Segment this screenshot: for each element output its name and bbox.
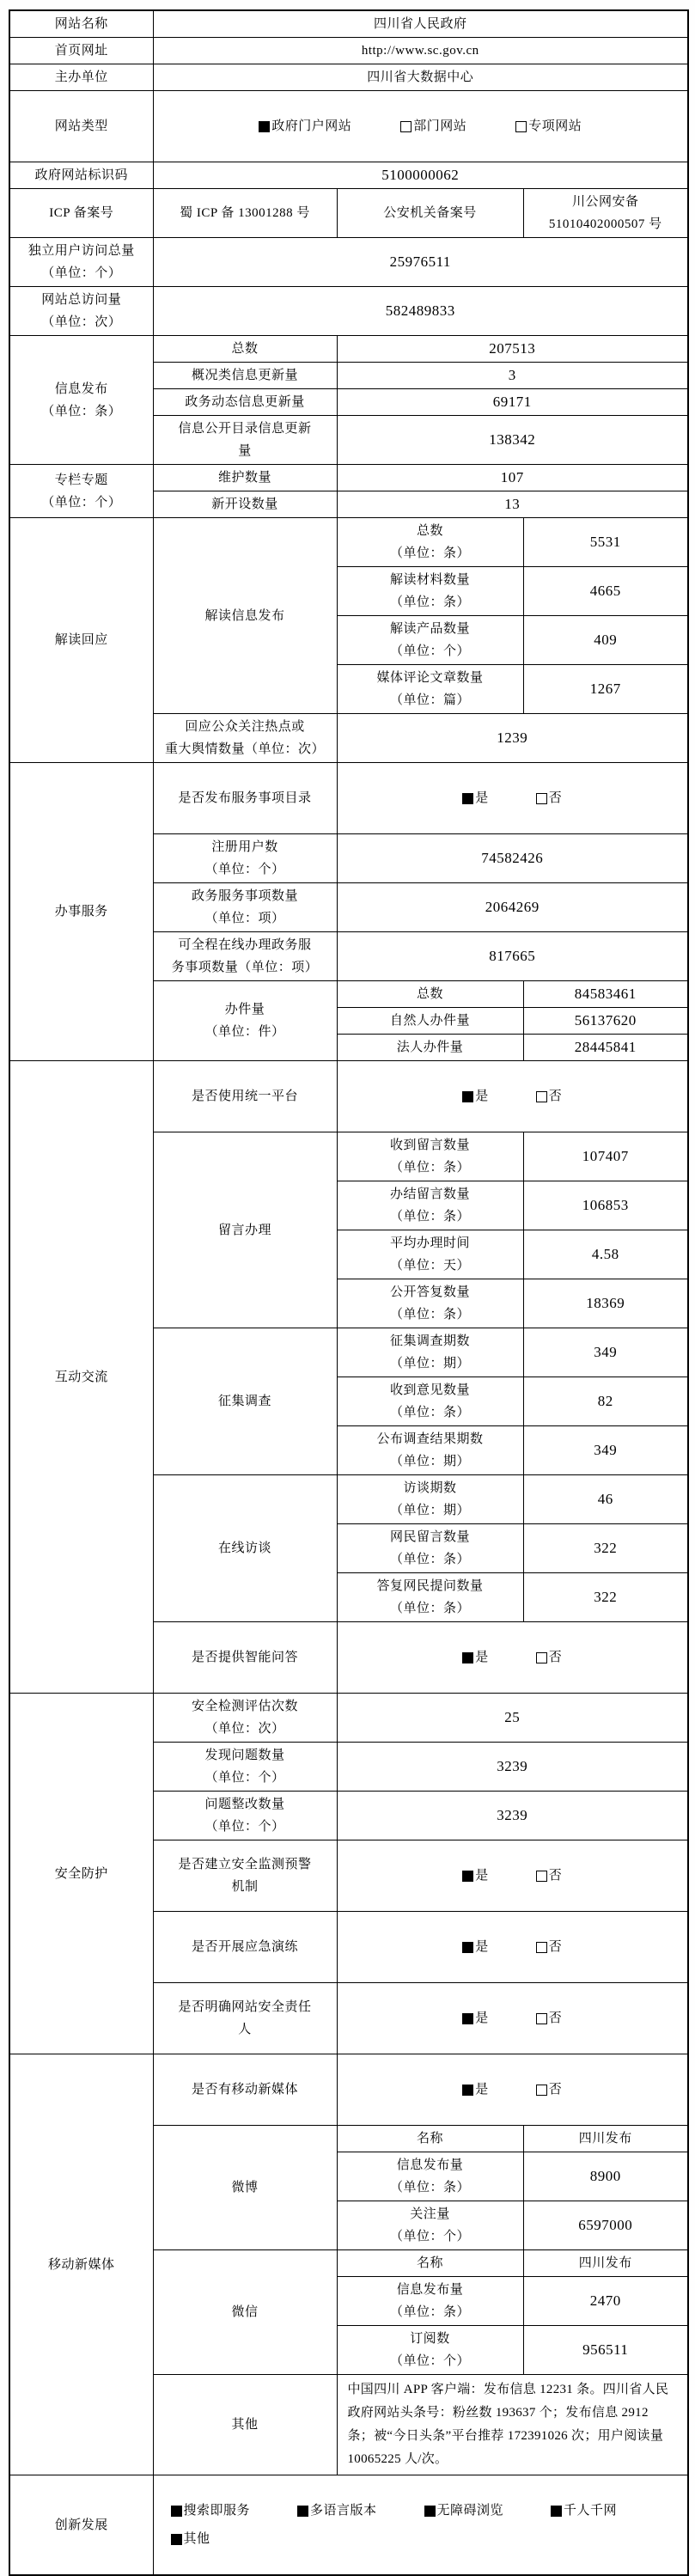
interact-platform-yes: 是: [462, 1085, 489, 1108]
security-officer-yes: 是: [462, 2007, 489, 2030]
mobile-other-label: 其他: [153, 2375, 337, 2475]
total-visits-label: 网站总访问量 （单位：次）: [9, 287, 153, 336]
department-option-label: 部门网站: [413, 115, 466, 137]
interpret-section-label: 解读回应: [9, 518, 153, 763]
security-fixed-label: 问题整改数量 （单位：个）: [153, 1792, 337, 1840]
yes-label: 是: [475, 1085, 489, 1108]
wechat-posts-label: 信息发布量 （单位：条）: [337, 2277, 523, 2326]
info-overview-label: 概况类信息更新量: [153, 363, 337, 389]
security-monitor-no: 否: [536, 1865, 563, 1887]
smartqa-label: 是否提供智能问答: [153, 1622, 337, 1694]
wechat-name-label: 名称: [337, 2250, 523, 2277]
wechat-name-value: 四川发布: [523, 2250, 688, 2277]
interpret-publish-label: 解读信息发布: [153, 518, 337, 714]
row-innovation: 创新发展 搜索即服务 多语言版本 无障碍浏览 千人千网 其他: [9, 2475, 688, 2576]
message-received-value: 107407: [523, 1132, 688, 1181]
volume-natural-value: 56137620: [523, 1008, 688, 1035]
no-label: 否: [549, 1936, 563, 1958]
unique-visits-label: 独立用户访问总量 （单位：个）: [9, 238, 153, 287]
service-matters-value: 2064269: [337, 883, 688, 932]
security-monitor-yes-checkbox-icon: [462, 1871, 473, 1882]
row-mobile-has-yn: 移动新媒体 是否有移动新媒体 是 否: [9, 2054, 688, 2126]
home-url-value: http://www.sc.gov.cn: [153, 38, 688, 64]
no-label: 否: [549, 2007, 563, 2030]
message-received-label: 收到留言数量 （单位：条）: [337, 1132, 523, 1181]
smartqa-yes: 是: [462, 1646, 489, 1669]
no-label: 否: [549, 1865, 563, 1887]
service-registered-value: 74582426: [337, 834, 688, 883]
security-problems-value: 3239: [337, 1743, 688, 1792]
security-officer-no-checkbox-icon: [536, 2013, 547, 2024]
service-catalog-label: 是否发布服务事项目录: [153, 763, 337, 834]
service-catalog-yes: 是: [462, 787, 489, 809]
row-service-catalog-yn: 办事服务 是否发布服务事项目录 是 否: [9, 763, 688, 834]
row-site-name: 网站名称 四川省人民政府: [9, 10, 688, 38]
survey-periods-value: 349: [523, 1328, 688, 1377]
interpret-respond-value: 1239: [337, 714, 688, 763]
info-publish-section-label: 信息发布 （单位：条）: [9, 336, 153, 465]
interact-platform-label: 是否使用统一平台: [153, 1061, 337, 1132]
interview-replies-label: 答复网民提问数量 （单位：条）: [337, 1573, 523, 1622]
weibo-posts-label: 信息发布量 （单位：条）: [337, 2152, 523, 2201]
interview-periods-label: 访谈期数 （单位：期）: [337, 1475, 523, 1524]
interact-section-label: 互动交流: [9, 1061, 153, 1694]
mobile-other-value: 中国四川 APP 客户端：发布信息 12231 条。四川省人民政府网站头条号：粉…: [337, 2375, 688, 2475]
no-label: 否: [549, 1085, 563, 1108]
message-replied-value: 18369: [523, 1279, 688, 1328]
personalized-label: 千人千网: [564, 2500, 617, 2522]
special-option-label: 专项网站: [528, 115, 582, 137]
interact-platform-no: 否: [536, 1085, 563, 1108]
portal-checkbox-icon: [259, 121, 270, 132]
volume-legal-label: 法人办件量: [337, 1035, 523, 1061]
info-catalog-label: 信息公开目录信息更新 量: [153, 416, 337, 465]
security-drill-no-checkbox-icon: [536, 1942, 547, 1953]
service-online-label: 可全程在线办理政务服 务事项数量（单位：项）: [153, 932, 337, 981]
row-site-type: 网站类型 政府门户网站 部门网站 专项网站: [9, 91, 688, 162]
security-section-label: 安全防护: [9, 1694, 153, 2054]
innovation-other-checkbox-icon: [171, 2534, 182, 2545]
interpret-material-value: 4665: [523, 567, 688, 616]
interact-platform-yes-checkbox-icon: [462, 1091, 473, 1102]
search-service-label: 搜索即服务: [184, 2500, 251, 2522]
message-avgtime-value: 4.58: [523, 1230, 688, 1279]
icp-value: 蜀 ICP 备 13001288 号: [153, 189, 337, 238]
service-online-value: 817665: [337, 932, 688, 981]
site-code-label: 政府网站标识码: [9, 162, 153, 189]
volume-total-label: 总数: [337, 981, 523, 1008]
interact-platform-no-checkbox-icon: [536, 1091, 547, 1102]
security-drill-yes-checkbox-icon: [462, 1942, 473, 1953]
weibo-label: 微博: [153, 2126, 337, 2250]
security-monitor-label: 是否建立安全监测预警 机制: [153, 1840, 337, 1912]
interview-messages-value: 322: [523, 1524, 688, 1573]
host-unit-label: 主办单位: [9, 64, 153, 91]
no-label: 否: [549, 1646, 563, 1669]
security-drill-no: 否: [536, 1936, 563, 1958]
multilang-checkbox-icon: [297, 2506, 308, 2517]
mobile-section-label: 移动新媒体: [9, 2054, 153, 2475]
survey-results-value: 349: [523, 1426, 688, 1475]
mobile-has-yes-checkbox-icon: [462, 2085, 473, 2096]
mobile-has-no-checkbox-icon: [536, 2085, 547, 2096]
interpret-respond-label: 回应公众关注热点或 重大舆情数量（单位：次）: [153, 714, 337, 763]
mobile-has-yes: 是: [462, 2079, 489, 2101]
message-replied-label: 公开答复数量 （单位：条）: [337, 1279, 523, 1328]
security-drill-label: 是否开展应急演练: [153, 1912, 337, 1983]
yes-label: 是: [475, 1646, 489, 1669]
interpret-total-label: 总数 （单位：条）: [337, 518, 523, 567]
wechat-label: 微信: [153, 2250, 337, 2375]
innovation-option-personalized: 千人千网: [551, 2500, 617, 2522]
row-total-visits: 网站总访问量 （单位：次） 582489833: [9, 287, 688, 336]
row-home-url: 首页网址 http://www.sc.gov.cn: [9, 38, 688, 64]
smartqa-value: 是 否: [337, 1622, 688, 1694]
gov-website-report-table: 网站名称 四川省人民政府 首页网址 http://www.sc.gov.cn 主…: [9, 9, 689, 2576]
security-officer-no: 否: [536, 2007, 563, 2030]
no-label: 否: [549, 787, 563, 809]
no-label: 否: [549, 2079, 563, 2101]
row-icp: ICP 备案号 蜀 ICP 备 13001288 号 公安机关备案号 川公网安备…: [9, 189, 688, 238]
smartqa-no-checkbox-icon: [536, 1652, 547, 1663]
innovation-option-other: 其他: [171, 2528, 210, 2550]
info-dynamic-value: 69171: [337, 389, 688, 416]
smartqa-no: 否: [536, 1646, 563, 1669]
yes-label: 是: [475, 787, 489, 809]
site-type-option-portal: 政府门户网站: [259, 115, 351, 137]
security-checks-label: 安全检测评估次数 （单位：次）: [153, 1694, 337, 1743]
message-done-label: 办结留言数量 （单位：条）: [337, 1181, 523, 1230]
weibo-followers-label: 关注量 （单位：个）: [337, 2201, 523, 2250]
survey-results-label: 公布调查结果期数 （单位：期）: [337, 1426, 523, 1475]
search-service-checkbox-icon: [171, 2506, 182, 2517]
security-officer-label: 是否明确网站安全责任 人: [153, 1983, 337, 2054]
row-column-maintain: 专栏专题 （单位：个） 维护数量 107: [9, 465, 688, 491]
unique-visits-value: 25976511: [153, 238, 688, 287]
weibo-name-label: 名称: [337, 2126, 523, 2152]
multilang-label: 多语言版本: [310, 2500, 377, 2522]
police-record-label: 公安机关备案号: [337, 189, 523, 238]
volume-natural-label: 自然人办件量: [337, 1008, 523, 1035]
service-volume-label: 办件量 （单位：件）: [153, 981, 337, 1061]
innovation-section-label: 创新发展: [9, 2475, 153, 2576]
service-section-label: 办事服务: [9, 763, 153, 1061]
volume-total-value: 84583461: [523, 981, 688, 1008]
weibo-name-value: 四川发布: [523, 2126, 688, 2152]
interview-label: 在线访谈: [153, 1475, 337, 1622]
accessible-label: 无障碍浏览: [437, 2500, 504, 2522]
column-maintain-value: 107: [337, 465, 688, 491]
row-info-publish-total: 信息发布 （单位：条） 总数 207513: [9, 336, 688, 363]
weibo-posts-value: 8900: [523, 2152, 688, 2201]
column-new-label: 新开设数量: [153, 491, 337, 518]
interpret-media-label: 媒体评论文章数量 （单位：篇）: [337, 665, 523, 714]
info-catalog-value: 138342: [337, 416, 688, 465]
site-type-label: 网站类型: [9, 91, 153, 162]
site-type-option-special: 专项网站: [515, 115, 582, 137]
info-total-value: 207513: [337, 336, 688, 363]
survey-label: 征集调查: [153, 1328, 337, 1475]
info-overview-value: 3: [337, 363, 688, 389]
security-monitor-no-checkbox-icon: [536, 1871, 547, 1882]
interact-platform-value: 是 否: [337, 1061, 688, 1132]
innovation-other-label: 其他: [184, 2528, 210, 2550]
yes-label: 是: [475, 2079, 489, 2101]
innovation-option-multilang: 多语言版本: [297, 2500, 377, 2522]
row-host-unit: 主办单位 四川省大数据中心: [9, 64, 688, 91]
mobile-has-label: 是否有移动新媒体: [153, 2054, 337, 2126]
message-done-value: 106853: [523, 1181, 688, 1230]
survey-periods-label: 征集调查期数 （单位：期）: [337, 1328, 523, 1377]
security-drill-yes: 是: [462, 1936, 489, 1958]
innovation-option-accessible: 无障碍浏览: [424, 2500, 504, 2522]
home-url-label: 首页网址: [9, 38, 153, 64]
column-maintain-label: 维护数量: [153, 465, 337, 491]
weibo-followers-value: 6597000: [523, 2201, 688, 2250]
innovation-value: 搜索即服务 多语言版本 无障碍浏览 千人千网 其他: [153, 2475, 688, 2576]
info-dynamic-label: 政务动态信息更新量: [153, 389, 337, 416]
service-registered-label: 注册用户数 （单位：个）: [153, 834, 337, 883]
yes-label: 是: [475, 2007, 489, 2030]
survey-opinions-value: 82: [523, 1377, 688, 1426]
wechat-posts-value: 2470: [523, 2277, 688, 2326]
icp-label: ICP 备案号: [9, 189, 153, 238]
interpret-total-value: 5531: [523, 518, 688, 567]
mobile-has-value: 是 否: [337, 2054, 688, 2126]
service-matters-label: 政务服务事项数量 （单位：项）: [153, 883, 337, 932]
interpret-material-label: 解读材料数量 （单位：条）: [337, 567, 523, 616]
survey-opinions-label: 收到意见数量 （单位：条）: [337, 1377, 523, 1426]
total-visits-value: 582489833: [153, 287, 688, 336]
interview-periods-value: 46: [523, 1475, 688, 1524]
row-security-checks: 安全防护 安全检测评估次数 （单位：次） 25: [9, 1694, 688, 1743]
security-monitor-yes: 是: [462, 1865, 489, 1887]
mobile-has-no: 否: [536, 2079, 563, 2101]
message-avgtime-label: 平均办理时间 （单位：天）: [337, 1230, 523, 1279]
security-officer-value: 是 否: [337, 1983, 688, 2054]
special-column-section-label: 专栏专题 （单位：个）: [9, 465, 153, 518]
interview-replies-value: 322: [523, 1573, 688, 1622]
host-unit-value: 四川省大数据中心: [153, 64, 688, 91]
interview-messages-label: 网民留言数量 （单位：条）: [337, 1524, 523, 1573]
security-drill-value: 是 否: [337, 1912, 688, 1983]
row-unique-visits: 独立用户访问总量 （单位：个） 25976511: [9, 238, 688, 287]
message-handling-label: 留言办理: [153, 1132, 337, 1328]
site-name-value: 四川省人民政府: [153, 10, 688, 38]
service-catalog-yes-checkbox-icon: [462, 793, 473, 804]
row-interpret-total: 解读回应 解读信息发布 总数 （单位：条） 5531: [9, 518, 688, 567]
personalized-checkbox-icon: [551, 2506, 562, 2517]
smartqa-yes-checkbox-icon: [462, 1652, 473, 1663]
service-catalog-value: 是 否: [337, 763, 688, 834]
interpret-product-label: 解读产品数量 （单位：个）: [337, 616, 523, 665]
yes-label: 是: [475, 1865, 489, 1887]
security-monitor-value: 是 否: [337, 1840, 688, 1912]
row-site-code: 政府网站标识码 5100000062: [9, 162, 688, 189]
interpret-product-value: 409: [523, 616, 688, 665]
info-total-label: 总数: [153, 336, 337, 363]
yes-label: 是: [475, 1936, 489, 1958]
wechat-subscribers-value: 956511: [523, 2326, 688, 2375]
portal-option-label: 政府门户网站: [271, 115, 351, 137]
column-new-value: 13: [337, 491, 688, 518]
service-catalog-no: 否: [536, 787, 563, 809]
special-checkbox-icon: [515, 121, 527, 132]
wechat-subscribers-label: 订阅数 （单位：个）: [337, 2326, 523, 2375]
site-name-label: 网站名称: [9, 10, 153, 38]
site-code-value: 5100000062: [153, 162, 688, 189]
security-fixed-value: 3239: [337, 1792, 688, 1840]
volume-legal-value: 28445841: [523, 1035, 688, 1061]
security-officer-yes-checkbox-icon: [462, 2013, 473, 2024]
department-checkbox-icon: [400, 121, 412, 132]
site-type-value: 政府门户网站 部门网站 专项网站: [153, 91, 688, 162]
service-catalog-no-checkbox-icon: [536, 793, 547, 804]
site-type-option-department: 部门网站: [400, 115, 466, 137]
police-record-value: 川公网安备 51010402000507 号: [523, 189, 688, 238]
interpret-media-value: 1267: [523, 665, 688, 714]
row-interact-platform-yn: 互动交流 是否使用统一平台 是 否: [9, 1061, 688, 1132]
security-problems-label: 发现问题数量 （单位：个）: [153, 1743, 337, 1792]
accessible-checkbox-icon: [424, 2506, 436, 2517]
innovation-option-search: 搜索即服务: [171, 2500, 251, 2522]
security-checks-value: 25: [337, 1694, 688, 1743]
